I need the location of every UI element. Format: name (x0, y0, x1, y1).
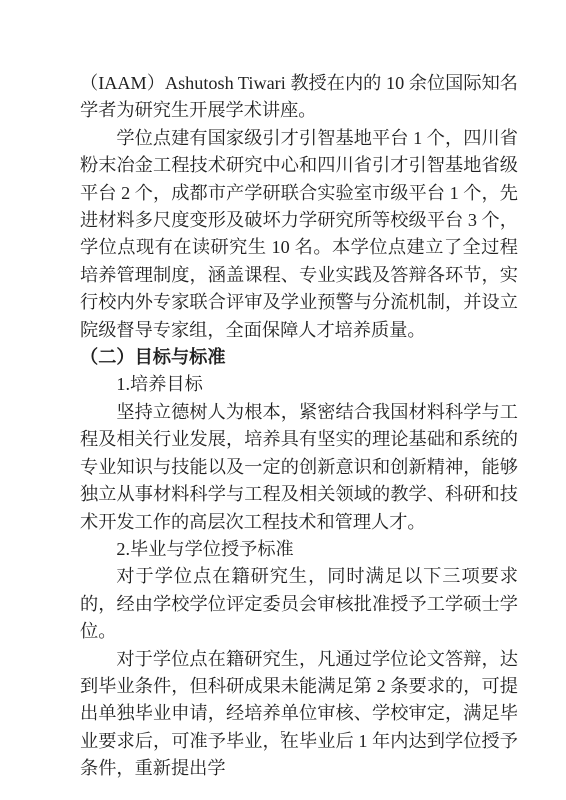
document-body: （IAAM）Ashutosh Tiwari 教授在内的 10 余位国际知名学者为… (80, 70, 518, 783)
subheading-graduation-degree-standard: 2.毕业与学位授予标准 (80, 536, 518, 563)
page-number: 5 (0, 728, 566, 742)
paragraph-separate-graduation-application: 对于学位点在籍研究生，凡通过学位论文答辩，达到毕业条件，但科研成果未能满足第 2… (80, 646, 518, 783)
paragraph-degree-award-requirements: 对于学位点在籍研究生，同时满足以下三项要求的，经由学校学位评定委员会审核批准授予… (80, 563, 518, 645)
document-page: （IAAM）Ashutosh Tiwari 教授在内的 10 余位国际知名学者为… (0, 0, 566, 800)
section-heading-goals-standards: （二）目标与标准 (80, 344, 518, 371)
subheading-training-goal: 1.培养目标 (80, 371, 518, 398)
paragraph-continuation-lecturers: （IAAM）Ashutosh Tiwari 教授在内的 10 余位国际知名学者为… (80, 70, 518, 125)
paragraph-training-goal: 坚持立德树人为根本，紧密结合我国材料科学与工程及相关行业发展，培养具有坚实的理论… (80, 399, 518, 536)
paragraph-platforms: 学位点建有国家级引才引智基地平台 1 个，四川省粉末冶金工程技术研究中心和四川省… (80, 125, 518, 344)
